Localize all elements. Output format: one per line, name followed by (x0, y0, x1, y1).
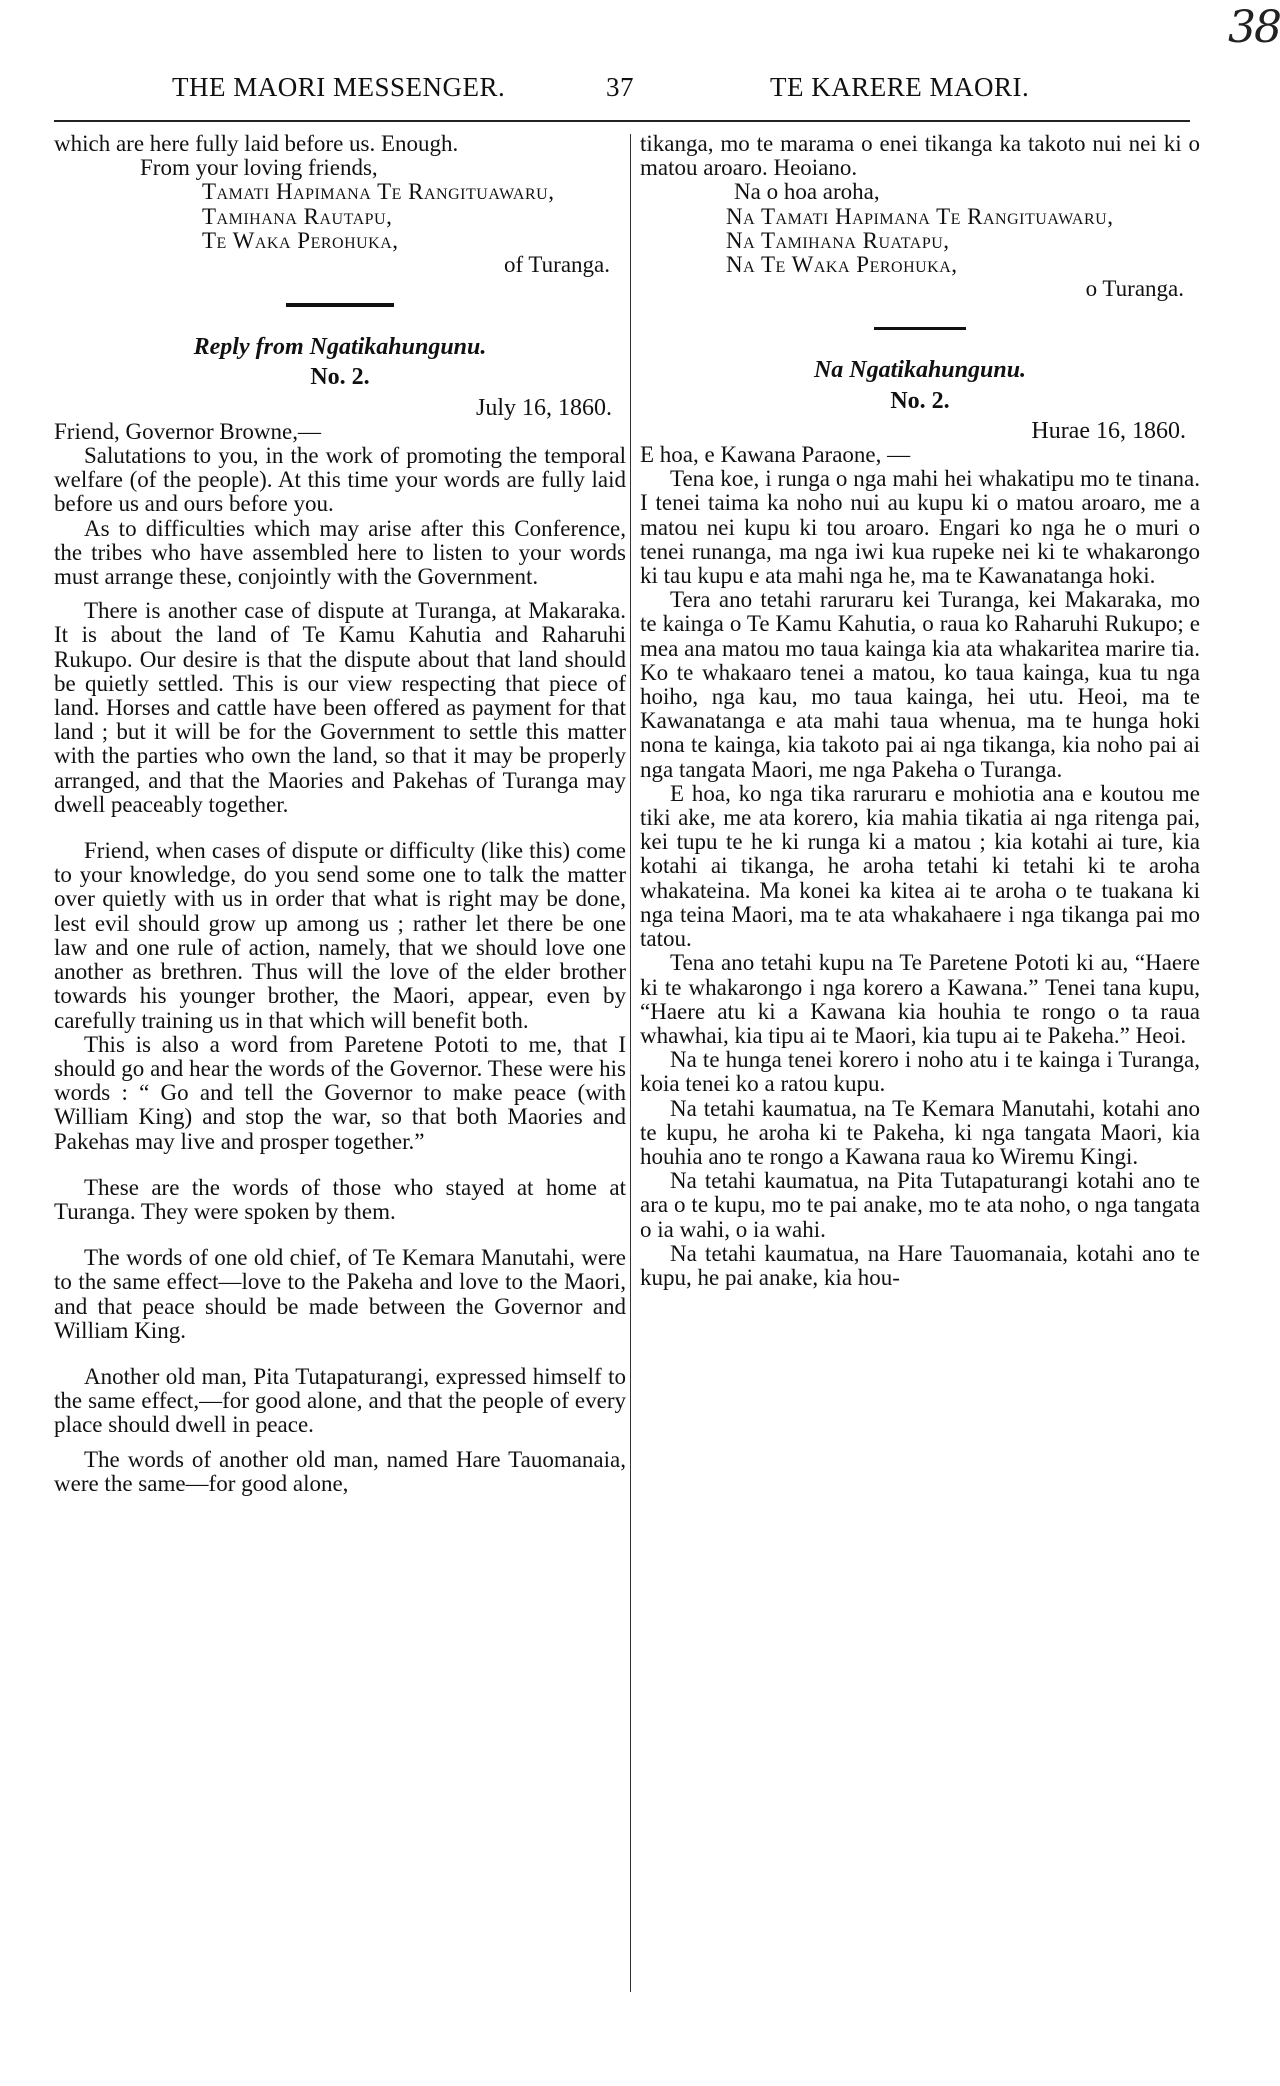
maori-column: tikanga, mo te marama o enei tikanga ka … (640, 132, 1200, 1290)
paragraph: The words of another old man, named Hare… (54, 1448, 626, 1496)
signatory: Na Te Waka Perohuka, (640, 253, 1200, 277)
paragraph: There is another case of dispute at Tura… (54, 599, 626, 817)
paragraph: Tera ano tetahi raruraru kei Turanga, ke… (640, 588, 1200, 782)
signatory: Na Tamihana Ruatapu, (640, 229, 1200, 253)
paragraph: Na tetahi kaumatua, na Te Kemara Manutah… (640, 1097, 1200, 1170)
section-number: No. 2. (640, 389, 1200, 413)
paragraph: Friend, when cases of dispute or difficu… (54, 839, 626, 1033)
dateline: July 16, 1860. (54, 396, 626, 420)
paragraph: This is also a word from Paretene Pototi… (54, 1033, 626, 1154)
dateline: Hurae 16, 1860. (640, 419, 1200, 443)
column-divider (630, 134, 631, 1992)
paragraph: The words of one old chief, of Te Kemara… (54, 1246, 626, 1343)
paragraph: Tena koe, i runga o nga mahi hei whakati… (640, 467, 1200, 588)
paragraph: These are the words of those who stayed … (54, 1176, 626, 1224)
salutation: Friend, Governor Browne,— (54, 420, 626, 444)
paragraph: Salutations to you, in the work of promo… (54, 444, 626, 517)
header-rule (54, 120, 1190, 122)
continuation-text: which are here fully laid before us. Eno… (54, 132, 626, 156)
english-column: which are here fully laid before us. Eno… (54, 132, 626, 1496)
salutation: E hoa, e Kawana Paraone, — (640, 443, 1200, 467)
paragraph: Na tetahi kaumatua, na Hare Tauomanaia, … (640, 1242, 1200, 1290)
continuation-text: tikanga, mo te marama o enei tikanga ka … (640, 132, 1200, 180)
signatory: Na Tamati Hapimana Te Rangituawaru, (640, 205, 1200, 229)
signatory-place: of Turanga. (54, 253, 626, 277)
handwritten-page-number: 38 (1228, 2, 1280, 53)
signatory: Tamihana Rautapu, (54, 205, 626, 229)
paragraph: As to difficulties which may arise after… (54, 517, 626, 590)
english-title: THE MAORI MESSENGER. (172, 72, 505, 103)
signatory-place: o Turanga. (640, 277, 1200, 301)
closing-line: Na o hoa aroha, (640, 180, 1200, 204)
section-heading: Reply from Ngatikahungunu. (54, 335, 626, 359)
paragraph: E hoa, ko nga tika raruraru e mohiotia a… (640, 782, 1200, 951)
signatory: Te Waka Perohuka, (54, 229, 626, 253)
paragraph: Na tetahi kaumatua, na Pita Tutapaturang… (640, 1169, 1200, 1242)
section-divider (286, 303, 394, 307)
closing-line: From your loving friends, (54, 156, 626, 180)
paragraph: Na te hunga tenei korero i noho atu i te… (640, 1048, 1200, 1096)
maori-title: TE KARERE MAORI. (770, 72, 1029, 103)
section-divider (874, 327, 966, 330)
section-heading: Na Ngatikahungunu. (640, 358, 1200, 382)
page-number: 37 (606, 72, 634, 103)
section-number: No. 2. (54, 365, 626, 389)
paragraph: Another old man, Pita Tutapaturangi, exp… (54, 1365, 626, 1438)
signatory: Tamati Hapimana Te Rangituawaru, (54, 180, 626, 204)
paragraph: Tena ano tetahi kupu na Te Paretene Poto… (640, 951, 1200, 1048)
